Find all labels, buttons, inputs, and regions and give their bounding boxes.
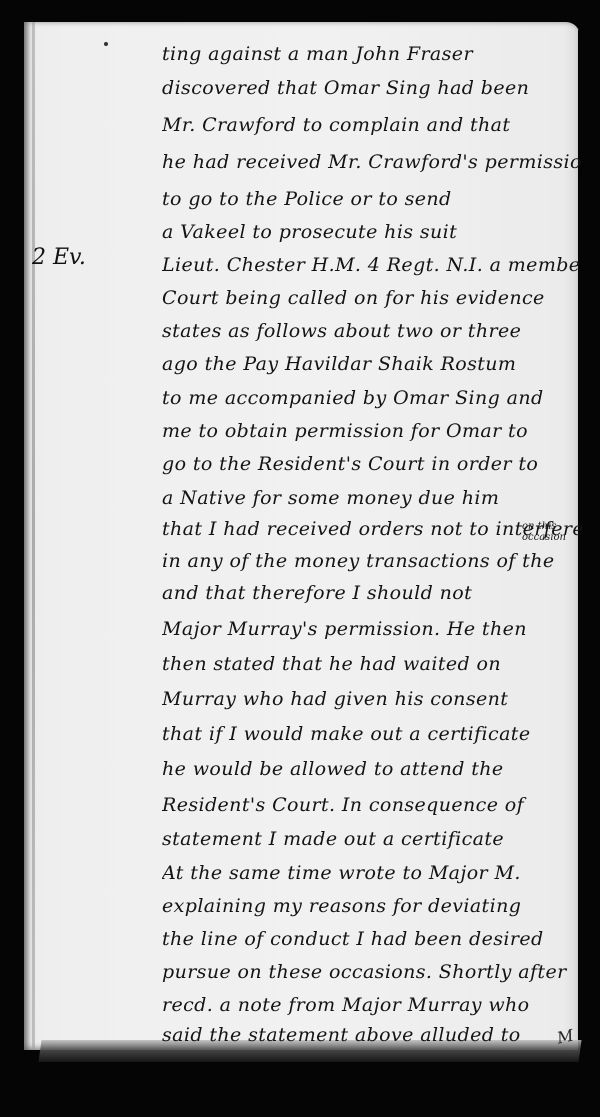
text-line: recd. a note from Major Murray who [162, 988, 582, 1022]
text-line: ting against a man John Fraser [162, 37, 582, 71]
text-line: and that therefore I should not [162, 576, 582, 610]
text-line: to go to the Police or to send [162, 182, 582, 216]
text-line: then stated that he had waited on [162, 647, 582, 681]
margin-annotation: 2 Ev. [32, 245, 86, 270]
text-line: that I had received orders not to interf… [162, 512, 582, 546]
text-line: in any of the money transactions of the [162, 544, 582, 578]
text-line: Resident's Court. In consequence of [162, 788, 582, 822]
text-line: discovered that Omar Sing had been [162, 71, 582, 105]
text-line: said the statement above alluded to [162, 1018, 582, 1048]
text-line: he had received Mr. Crawford's permissio… [162, 145, 582, 179]
text-line: At the same time wrote to Major M. [162, 856, 582, 890]
text-line: a Vakeel to prosecute his suit [162, 215, 582, 249]
text-line: pursue on these occasions. Shortly after [162, 955, 582, 989]
text-line: Murray who had given his consent [162, 682, 582, 716]
ink-speck [104, 42, 108, 46]
text-line: that if I would make out a certificate [162, 717, 582, 751]
text-line: Lieut. Chester H.M. 4 Regt. N.I. a membe… [162, 248, 582, 282]
text-line: he would be allowed to attend the [162, 752, 582, 786]
text-line: ago the Pay Havildar Shaik Rostum [162, 347, 582, 381]
text-line: statement I made out a certificate [162, 822, 582, 856]
text-line: explaining my reasons for deviating [162, 889, 582, 923]
text-line: to me accompanied by Omar Sing and [162, 381, 582, 415]
text-line: Mr. Crawford to complain and that [162, 108, 582, 142]
text-line: the line of conduct I had been desired [162, 922, 582, 956]
text-line: states as follows about two or three [162, 314, 582, 348]
text-line: go to the Resident's Court in order to [162, 447, 582, 481]
text-line: Court being called on for his evidence [162, 281, 582, 315]
text-line: me to obtain permission for Omar to [162, 414, 582, 448]
text-line: a Native for some money due him [162, 481, 582, 515]
text-line: Major Murray's permission. He then [162, 612, 582, 646]
